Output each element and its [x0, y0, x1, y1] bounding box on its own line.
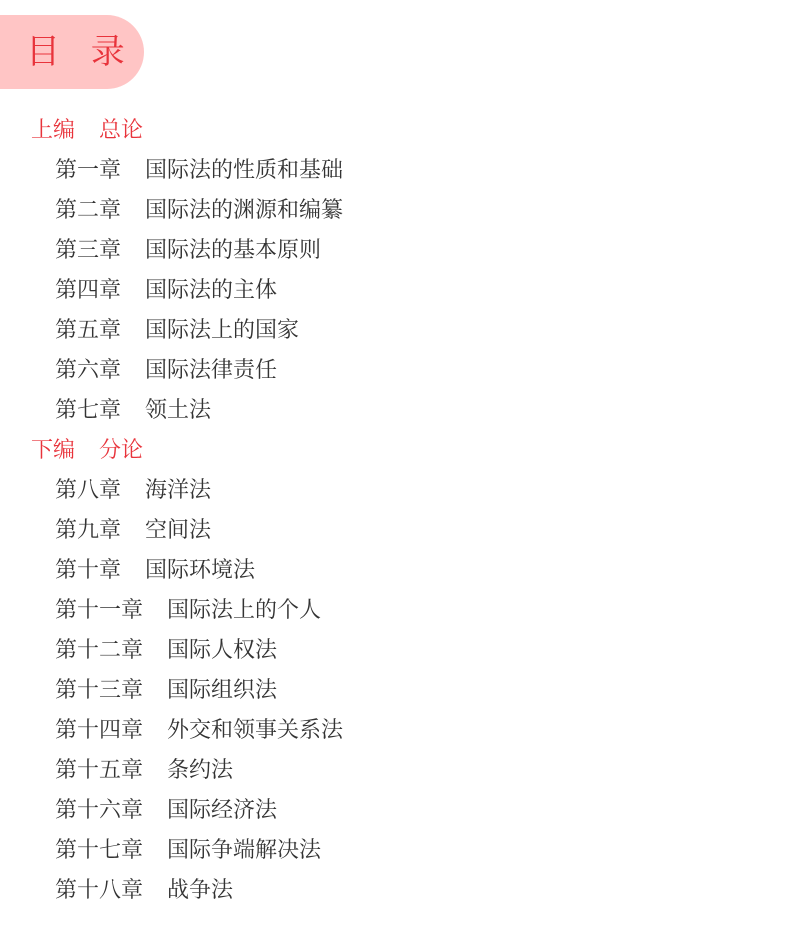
section-title: 分论	[99, 438, 143, 463]
section-number: 下编	[31, 438, 75, 463]
table-of-contents: 上编总论 第一章国际法的性质和基础 第二章国际法的渊源和编纂 第三章国际法的基本…	[0, 111, 790, 911]
toc-chapter[interactable]: 第十五章条约法	[0, 751, 790, 791]
toc-chapter[interactable]: 第三章国际法的基本原则	[0, 231, 790, 271]
chapter-number: 第九章	[55, 518, 121, 543]
toc-chapter[interactable]: 第十一章国际法上的个人	[0, 591, 790, 631]
toc-chapter[interactable]: 第二章国际法的渊源和编纂	[0, 191, 790, 231]
chapter-title: 国际环境法	[145, 558, 255, 583]
chapter-number: 第十五章	[55, 758, 143, 783]
chapter-title: 国际法上的国家	[145, 318, 299, 343]
chapter-title: 国际法的基本原则	[145, 238, 321, 263]
toc-chapter[interactable]: 第十六章国际经济法	[0, 791, 790, 831]
toc-chapter[interactable]: 第六章国际法律责任	[0, 351, 790, 391]
toc-chapter[interactable]: 第十七章国际争端解决法	[0, 831, 790, 871]
chapter-title: 战争法	[167, 878, 233, 903]
toc-section[interactable]: 上编总论	[0, 111, 790, 151]
toc-chapter[interactable]: 第九章空间法	[0, 511, 790, 551]
chapter-title: 空间法	[145, 518, 211, 543]
chapter-number: 第十四章	[55, 718, 143, 743]
chapter-number: 第十六章	[55, 798, 143, 823]
chapter-title: 国际法的主体	[145, 278, 277, 303]
chapter-number: 第十七章	[55, 838, 143, 863]
chapter-title: 国际法的性质和基础	[145, 158, 343, 183]
chapter-number: 第一章	[55, 158, 121, 183]
chapter-title: 国际人权法	[167, 638, 277, 663]
toc-section[interactable]: 下编分论	[0, 431, 790, 471]
chapter-number: 第十二章	[55, 638, 143, 663]
toc-chapter[interactable]: 第七章领土法	[0, 391, 790, 431]
chapter-number: 第四章	[55, 278, 121, 303]
section-number: 上编	[31, 118, 75, 143]
chapter-number: 第十一章	[55, 598, 143, 623]
toc-chapter[interactable]: 第八章海洋法	[0, 471, 790, 511]
toc-chapter[interactable]: 第四章国际法的主体	[0, 271, 790, 311]
toc-chapter[interactable]: 第十三章国际组织法	[0, 671, 790, 711]
toc-chapter[interactable]: 第十八章战争法	[0, 871, 790, 911]
toc-chapter[interactable]: 第十二章国际人权法	[0, 631, 790, 671]
toc-title-banner: 目 录	[0, 15, 144, 89]
chapter-number: 第三章	[55, 238, 121, 263]
chapter-number: 第二章	[55, 198, 121, 223]
toc-chapter[interactable]: 第十章国际环境法	[0, 551, 790, 591]
toc-chapter[interactable]: 第十四章外交和领事关系法	[0, 711, 790, 751]
chapter-title: 国际经济法	[167, 798, 277, 823]
chapter-title: 条约法	[167, 758, 233, 783]
chapter-number: 第六章	[55, 358, 121, 383]
chapter-number: 第十八章	[55, 878, 143, 903]
toc-chapter[interactable]: 第一章国际法的性质和基础	[0, 151, 790, 191]
chapter-number: 第五章	[55, 318, 121, 343]
chapter-number: 第十三章	[55, 678, 143, 703]
chapter-number: 第七章	[55, 398, 121, 423]
chapter-title: 领土法	[145, 398, 211, 423]
chapter-number: 第八章	[55, 478, 121, 503]
section-title: 总论	[99, 118, 143, 143]
chapter-title: 国际法律责任	[145, 358, 277, 383]
toc-title: 目 录	[26, 35, 135, 69]
toc-chapter[interactable]: 第五章国际法上的国家	[0, 311, 790, 351]
chapter-title: 国际组织法	[167, 678, 277, 703]
chapter-title: 海洋法	[145, 478, 211, 503]
chapter-title: 国际争端解决法	[167, 838, 321, 863]
chapter-title: 国际法上的个人	[167, 598, 321, 623]
chapter-title: 国际法的渊源和编纂	[145, 198, 343, 223]
chapter-number: 第十章	[55, 558, 121, 583]
chapter-title: 外交和领事关系法	[167, 718, 343, 743]
